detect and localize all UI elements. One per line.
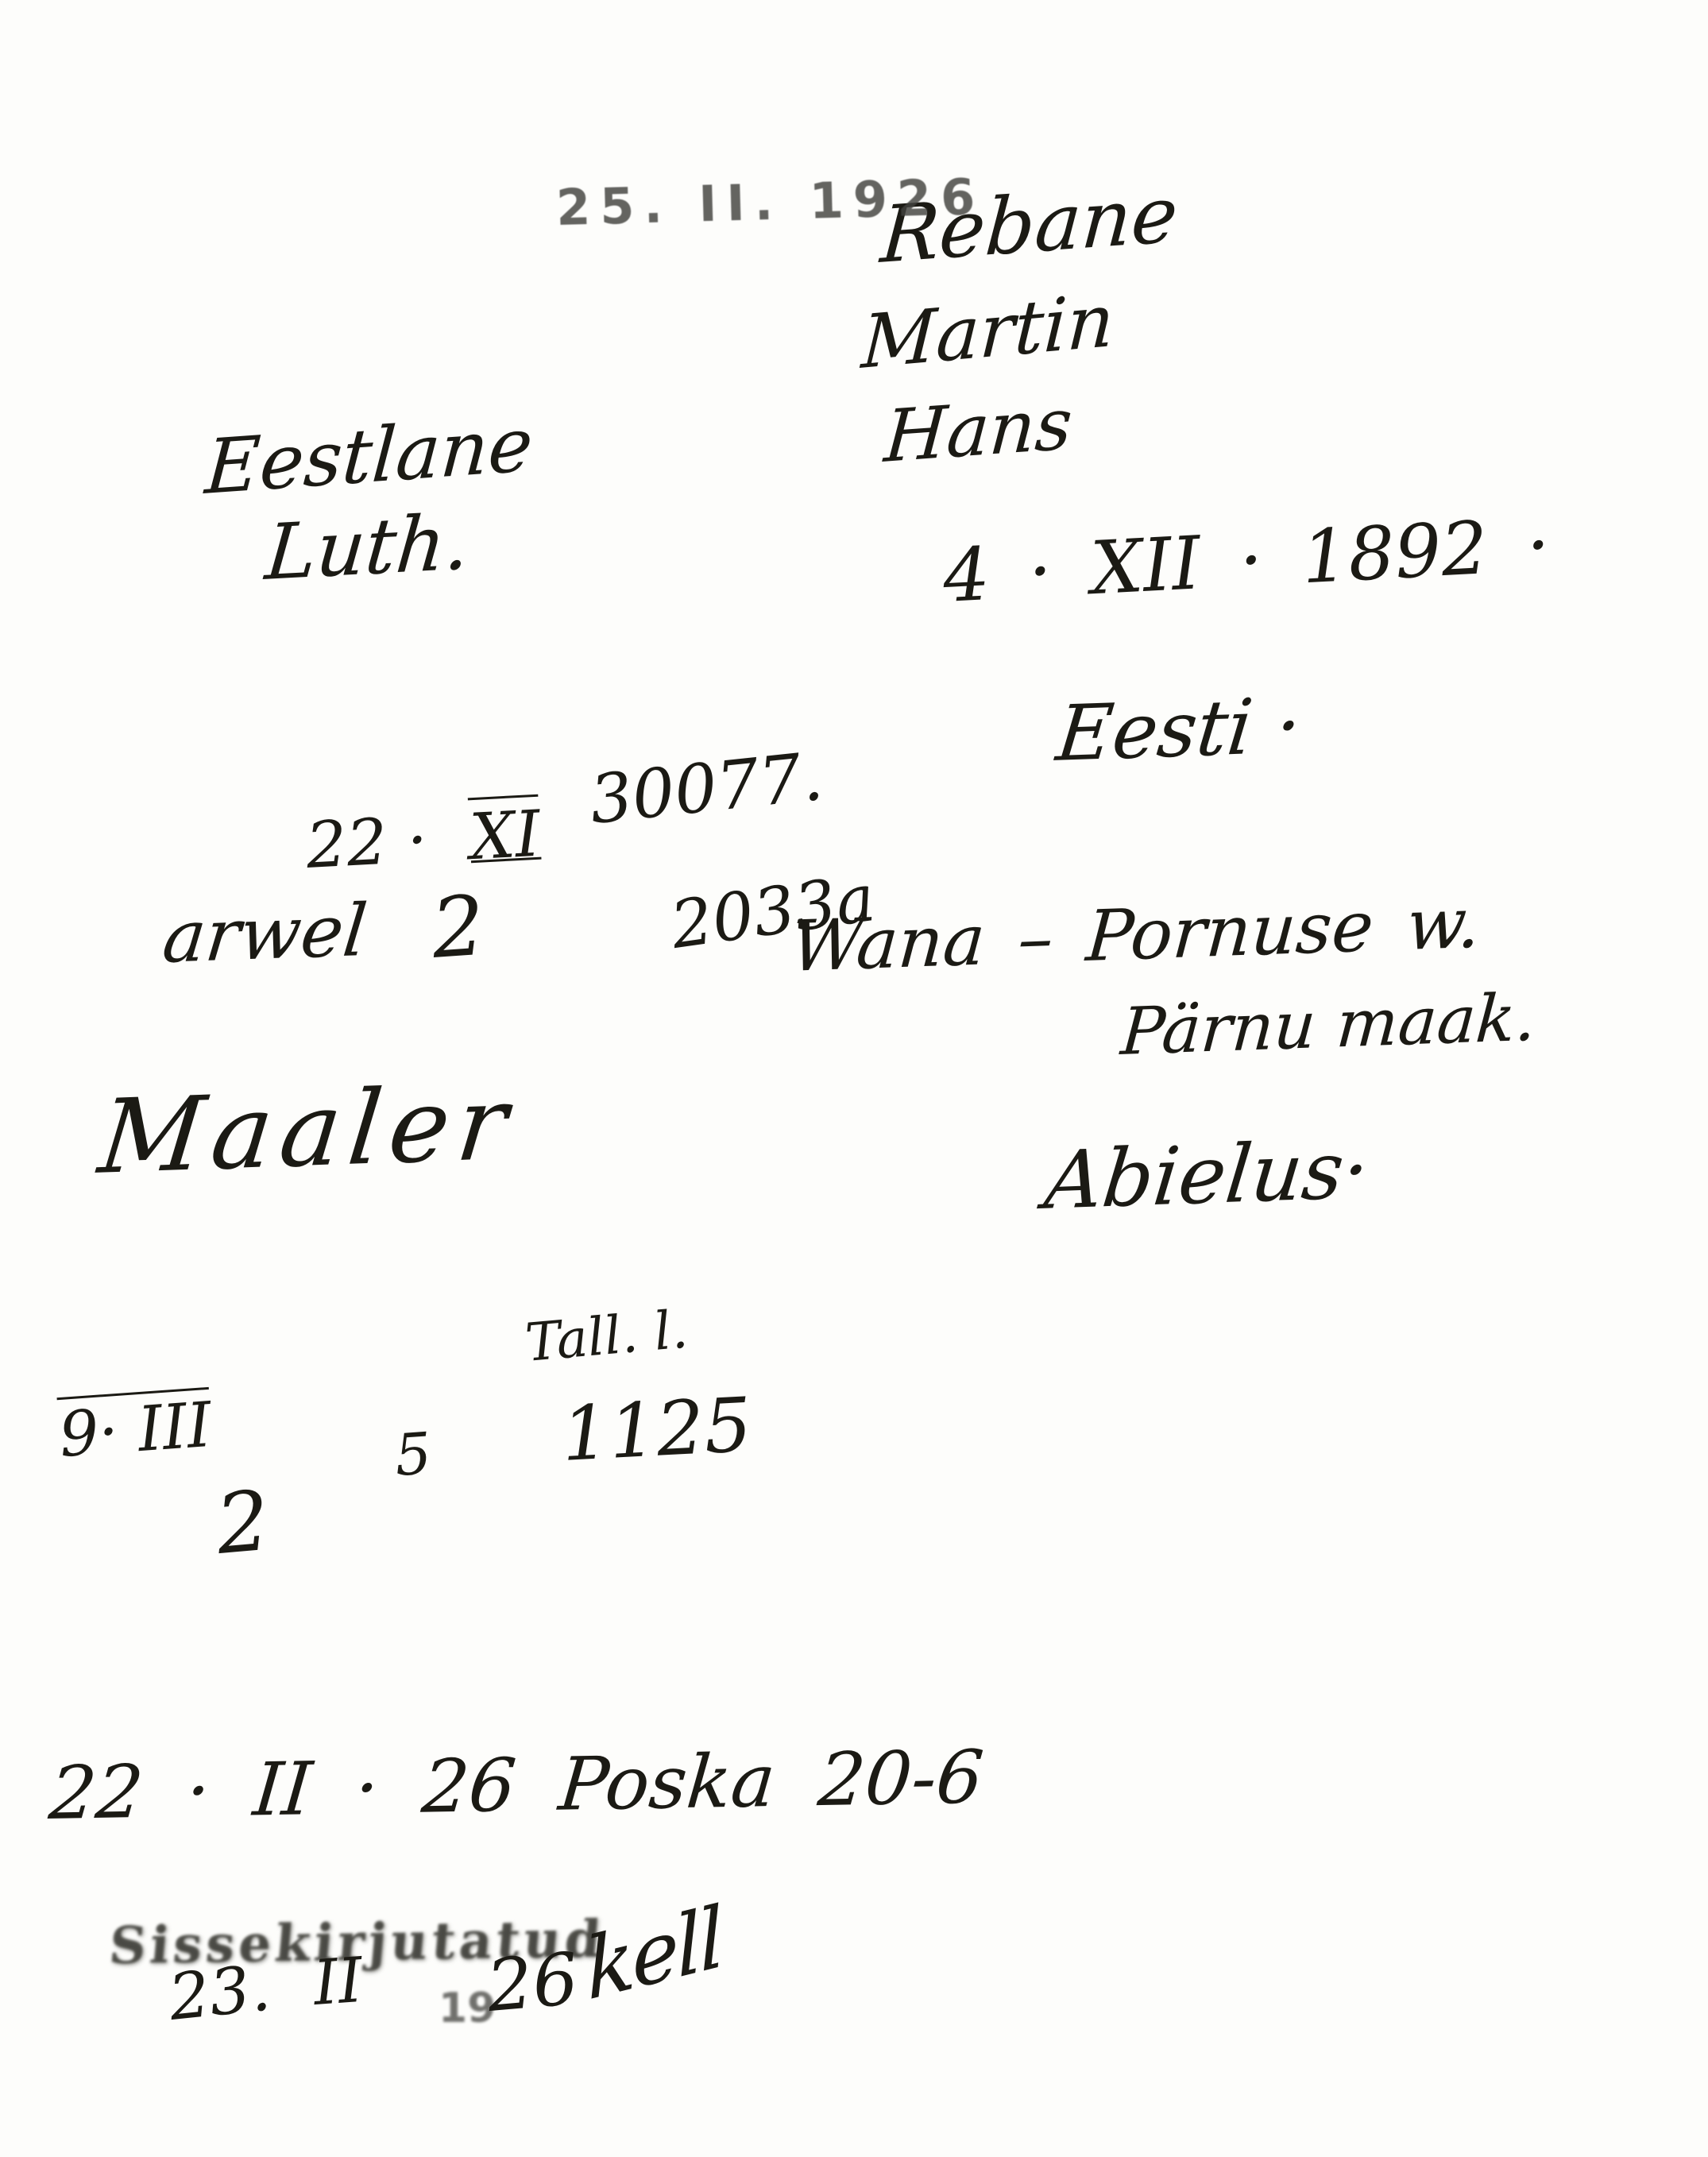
isanimi-value: Hans bbox=[882, 382, 1075, 479]
amet-value: Maaler bbox=[94, 1064, 520, 1197]
registered-month: II bbox=[311, 1945, 365, 2020]
registered-day: 23. bbox=[165, 1950, 273, 2035]
reg-prefix: 2 bbox=[428, 877, 488, 977]
poolt-prefix: 2 bbox=[212, 1472, 273, 1573]
tuli-value: 22 · II · 26 Poska 20-6 bbox=[46, 1734, 987, 1836]
registered-year-hw: 26 bbox=[484, 1937, 582, 2028]
year-value-day: 22 · bbox=[304, 802, 429, 883]
kodakondsus-value: Eesti · bbox=[1053, 681, 1305, 779]
hinge-value-line2: Pärnu maak. bbox=[1119, 980, 1539, 1070]
reg-value: arwel bbox=[159, 889, 371, 980]
date-stamp: 25. II. 1926 bbox=[555, 168, 985, 237]
isik-date: 9· III bbox=[57, 1390, 214, 1471]
registration-card: Vorm 36. Elukoht: linnajagu: IV 25. II. … bbox=[0, 0, 1708, 2157]
seisukord-value: Abielus· bbox=[1041, 1123, 1374, 1227]
isik-year-hw: 5 bbox=[392, 1420, 434, 1489]
usk-value: Luth. bbox=[262, 497, 473, 597]
isik-number: 1125 bbox=[559, 1382, 754, 1479]
year-value: 22 · XI bbox=[304, 797, 542, 883]
year-value-month: XI bbox=[468, 797, 542, 875]
